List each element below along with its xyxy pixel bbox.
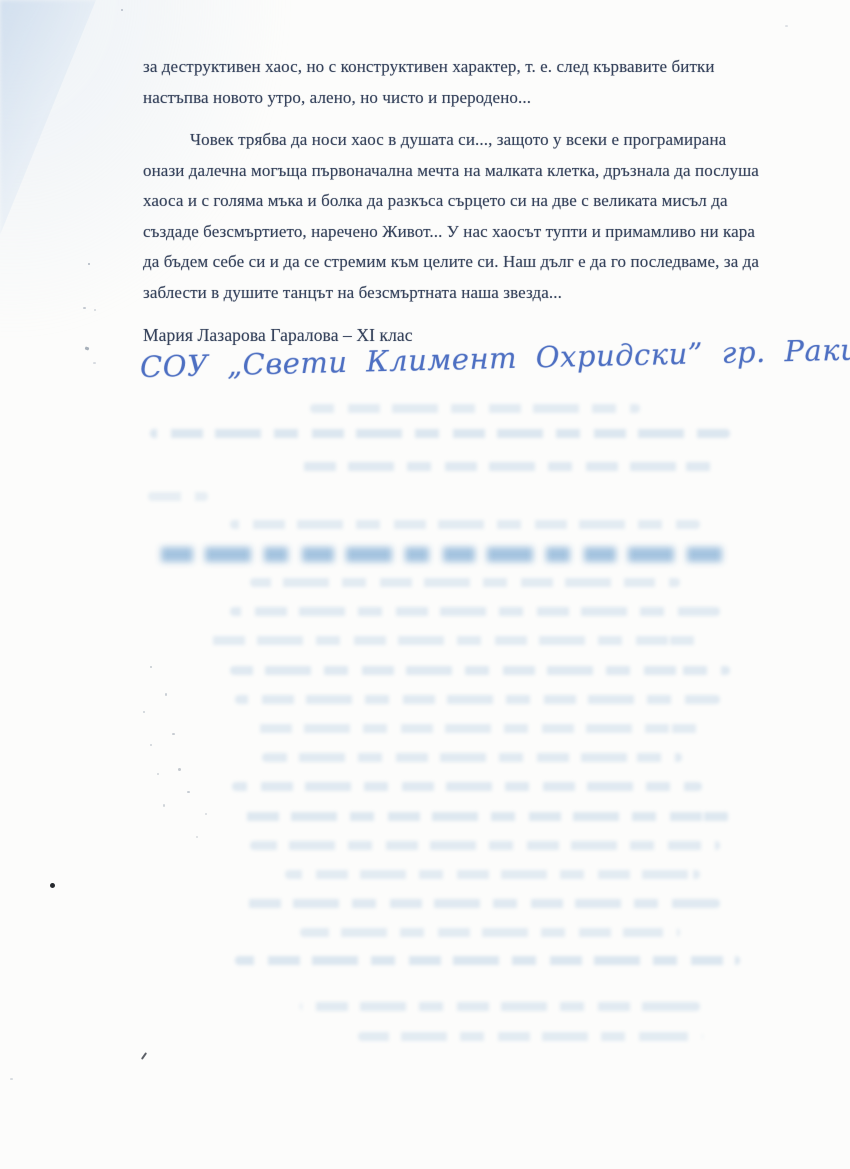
text-line: за деструктивен хаос, но с конструктивен… [143, 52, 783, 83]
scan-speckle [141, 1052, 147, 1060]
scan-speckle [163, 804, 165, 807]
scan-speckle [150, 744, 152, 746]
scan-speckle [83, 307, 86, 309]
scan-speckle [10, 1078, 13, 1080]
scan-speckle [93, 362, 96, 364]
scan-speckle [121, 9, 123, 11]
text-line: да бъдем себе си и да се стремим към цел… [143, 247, 783, 278]
scanned-document-page: за деструктивен хаос, но с конструктивен… [0, 0, 850, 1169]
paragraph-conclusion: за деструктивен хаос, но с конструктивен… [143, 52, 783, 113]
scan-speckle [150, 666, 152, 668]
scan-speckle [172, 733, 175, 735]
text-line: създаде безсмъртието, наречено Живот... … [143, 217, 783, 248]
scan-speckle [178, 768, 181, 771]
paragraph-main: Човек трябва да носи хаос в душата си...… [143, 125, 783, 309]
text-line: онази далечна могъща първоначална мечта … [143, 156, 783, 187]
scan-speckle [88, 263, 90, 265]
scan-speckle [196, 836, 198, 838]
scan-speckle [165, 693, 167, 696]
text-line: хаоса и с голяма мъка и болка да разкъса… [143, 186, 783, 217]
scan-speckle [785, 25, 788, 27]
text-line: заблести в душите танцът на безсмъртната… [143, 278, 783, 309]
text-line: Човек трябва да носи хаос в душата си...… [143, 125, 783, 156]
scan-speckle [205, 813, 207, 815]
scan-speckle [143, 711, 145, 713]
scan-speckle [187, 791, 190, 793]
text-line: настъпва новото утро, алено, но чисто и … [143, 83, 783, 114]
scan-speckle [157, 773, 159, 775]
scan-speckle [50, 883, 55, 888]
scan-speckle [85, 346, 90, 350]
scan-speckle [94, 309, 96, 311]
